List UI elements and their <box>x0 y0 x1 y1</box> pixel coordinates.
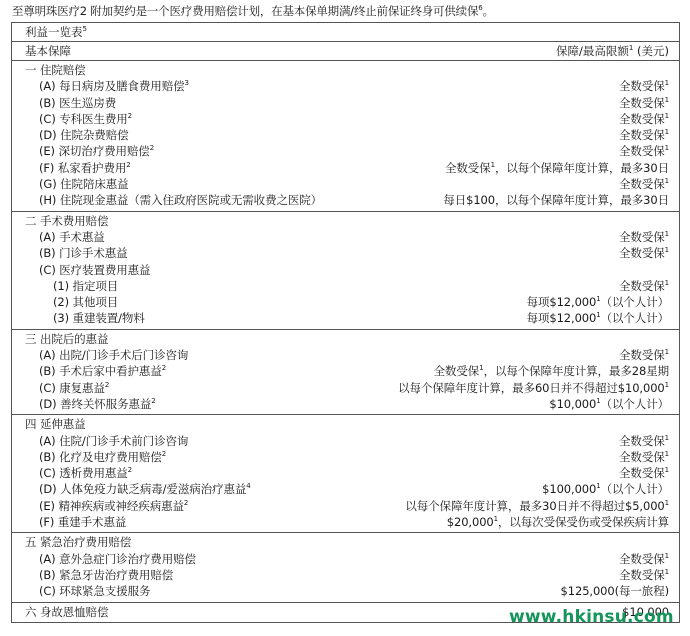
benefit-label: (3) 重建装置/物料 <box>53 310 145 326</box>
benefit-label-text: (D) 住院杂费赔偿 <box>39 128 128 142</box>
benefit-value: 以每个保障年度计算，最多60日并不得超过$10,0001 <box>398 380 669 396</box>
benefit-value-text: 全数受保 <box>619 144 665 158</box>
benefit-label: (E) 深切治疗费用赔偿2 <box>39 143 154 159</box>
benefit-value-text: 全数受保 <box>445 161 491 175</box>
benefit-label-text: (B) 门诊手术惠益 <box>39 246 128 260</box>
section-title: 六 身故恩恤赔偿 <box>25 604 108 620</box>
benefit-label-footnote: 2 <box>162 450 166 458</box>
benefit-label: (E) 精神疾病或神经疾病惠益2 <box>39 498 188 514</box>
header-limit-text: 保障/最高限额 <box>556 44 629 58</box>
benefit-label-text: (A) 每日病房及膳食费用赔偿 <box>39 79 185 93</box>
section-title-row: 二 手术费用赔偿 <box>12 213 679 229</box>
benefit-label-footnote: 2 <box>105 381 109 389</box>
benefit-value-footnote: 1 <box>665 246 669 254</box>
benefit-label: (B) 医生巡房费 <box>39 95 116 111</box>
benefit-label: (1) 指定项目 <box>53 278 118 294</box>
benefit-value-text: 全数受保 <box>619 177 665 191</box>
benefit-value-text: $100,000 <box>542 482 596 496</box>
benefit-value-footnote: 1 <box>665 499 669 507</box>
benefit-label-text: (C) 透析费用惠益 <box>39 466 128 480</box>
benefit-section: 一 住院赔偿(A) 每日病房及膳食费用赔偿3全数受保1(B) 医生巡房费全数受保… <box>12 61 679 212</box>
benefit-label-text: (F) 重建手术惠益 <box>39 515 126 529</box>
benefit-value: 全数受保1 <box>619 567 669 583</box>
benefit-value-footnote: 1 <box>665 568 669 576</box>
benefit-value-text: 全数受保 <box>619 466 665 480</box>
benefit-label: (C) 透析费用惠益2 <box>39 465 132 481</box>
benefit-value-rest: ，以每次受保受伤或受保疾病计算 <box>498 515 669 529</box>
benefit-value: $125,000(每一旅程) <box>561 583 669 599</box>
benefit-value-text: 全数受保 <box>619 230 665 244</box>
intro-text: 至尊明珠医疗2 附加契约是一个医疗费用赔偿计划，在基本保单期满/终止前保证终身可… <box>12 4 478 18</box>
benefit-row: (E) 深切治疗费用赔偿2全数受保1 <box>12 143 679 159</box>
benefit-value-text: 每项$12,000 <box>527 295 597 309</box>
section-title-row: 三 出院后的惠益 <box>12 331 679 347</box>
benefit-label: (F) 私家看护费用2 <box>39 160 131 176</box>
benefit-row: (E) 精神疾病或神经疾病惠益2以每个保障年度计算，最多30日并不得超过$5,0… <box>12 498 679 514</box>
benefit-label-footnote: 4 <box>246 483 250 491</box>
benefit-value-text: 以每个保障年度计算，最多60日并不得超过$10,000 <box>398 381 665 395</box>
benefit-label-footnote: 2 <box>162 365 166 373</box>
benefit-label-text: (F) 私家看护费用 <box>39 161 126 175</box>
benefit-label: (B) 紧急牙齿治疗费用赔偿 <box>39 567 173 583</box>
benefit-value-footnote: 1 <box>665 112 669 120</box>
benefit-value: 全数受保1 <box>619 127 669 143</box>
benefit-value-text: 全数受保 <box>619 246 665 260</box>
benefit-value: 全数受保1 <box>619 111 669 127</box>
benefit-value-text: $20,000 <box>447 515 494 529</box>
benefit-label-footnote: 2 <box>184 499 188 507</box>
benefit-label-text: (A) 手术惠益 <box>39 230 105 244</box>
benefit-value-text: 每日$100，以每个保障年度计算，最多30日 <box>443 193 669 207</box>
benefit-row: (3) 重建装置/物料每项$12,0001（以个人计） <box>12 310 679 326</box>
benefit-label-text: (B) 化疗及电疗费用赔偿 <box>39 450 162 464</box>
benefit-row: (G) 住院陪床惠益全数受保1 <box>12 176 679 192</box>
benefit-label-text: (D) 善终关怀服务惠益 <box>39 397 151 411</box>
benefit-value: 全数受保1 <box>619 78 669 94</box>
benefit-value-footnote: 1 <box>665 230 669 238</box>
benefit-value-text: 全数受保 <box>619 450 665 464</box>
benefit-row: (H) 住院现金惠益（需入住政府医院或无需收费之医院）每日$100，以每个保障年… <box>12 192 679 208</box>
benefit-label-text: (2) 其他项目 <box>53 295 118 309</box>
section-title: 五 紧急治疗费用赔偿 <box>25 534 131 550</box>
benefit-value: 每项$12,0001（以个人计） <box>527 294 669 310</box>
benefit-label-text: (A) 意外急症门诊治疗费用赔偿 <box>39 552 196 566</box>
benefit-value: 全数受保1，以每个保障年度计算，最多28星期 <box>434 363 669 379</box>
benefit-section: 二 手术费用赔偿(A) 手术惠益全数受保1(B) 门诊手术惠益全数受保1(C) … <box>12 212 679 330</box>
benefit-label: (D) 人体免疫力缺乏病毒/爱滋病治疗惠益4 <box>39 481 251 497</box>
benefit-value: 以每个保障年度计算，最多30日并不得超过$5,0001 <box>405 498 669 514</box>
benefit-value-footnote: 1 <box>665 450 669 458</box>
benefit-section: 三 出院后的惠益(A) 出院/门诊手术后门诊咨询全数受保1(B) 手术后家中看护… <box>12 330 679 415</box>
benefit-value-text: 全数受保 <box>619 348 665 362</box>
benefit-value-footnote: 1 <box>665 466 669 474</box>
benefit-row: (D) 人体免疫力缺乏病毒/爱滋病治疗惠益4$100,0001（以个人计） <box>12 481 679 497</box>
benefit-label-footnote: 2 <box>151 397 155 405</box>
intro-end: 。 <box>483 4 494 18</box>
benefit-row: (A) 每日病房及膳食费用赔偿3全数受保1 <box>12 78 679 94</box>
benefit-row: (B) 紧急牙齿治疗费用赔偿全数受保1 <box>12 567 679 583</box>
benefit-value-text: 全数受保 <box>619 434 665 448</box>
benefit-label-footnote: 2 <box>126 161 130 169</box>
benefit-row: (C) 医疗装置费用惠益 <box>12 262 679 278</box>
benefit-label: (B) 门诊手术惠益 <box>39 245 128 261</box>
table-title-text: 利益一览表 <box>25 25 83 39</box>
benefit-label: (2) 其他项目 <box>53 294 118 310</box>
benefit-label: (A) 意外急症门诊治疗费用赔偿 <box>39 551 196 567</box>
benefit-label-text: (3) 重建装置/物料 <box>53 311 145 325</box>
benefit-label: (A) 每日病房及膳食费用赔偿3 <box>39 78 189 94</box>
benefit-value: 全数受保1 <box>619 229 669 245</box>
table-title: 利益一览表5 <box>25 23 87 41</box>
benefit-value: $100,0001（以个人计） <box>542 481 669 497</box>
benefit-row: (D) 住院杂费赔偿全数受保1 <box>12 127 679 143</box>
benefit-row: (A) 手术惠益全数受保1 <box>12 229 679 245</box>
header-limit: 保障/最高限额1 (美元) <box>556 42 669 60</box>
benefit-label-text: (G) 住院陪床惠益 <box>39 177 129 191</box>
benefit-row: (C) 透析费用惠益2全数受保1 <box>12 465 679 481</box>
benefit-row: (B) 化疗及电疗费用赔偿2全数受保1 <box>12 449 679 465</box>
benefit-row: (B) 医生巡房费全数受保1 <box>12 95 679 111</box>
table-header-row: 基本保障 保障/最高限额1 (美元) <box>12 42 679 61</box>
benefit-value: 全数受保1 <box>619 449 669 465</box>
benefit-label-text: (A) 住院/门诊手术前门诊咨询 <box>39 434 188 448</box>
benefit-row: (B) 手术后家中看护惠益2全数受保1，以每个保障年度计算，最多28星期 <box>12 363 679 379</box>
benefit-label-text: (C) 康复惠益 <box>39 381 105 395</box>
benefit-label: (H) 住院现金惠益（需入住政府医院或无需收费之医院） <box>39 192 322 208</box>
benefit-label: (A) 手术惠益 <box>39 229 105 245</box>
benefit-value: 全数受保1 <box>619 347 669 363</box>
benefit-value-footnote: 1 <box>665 96 669 104</box>
benefit-value: 全数受保1，以每个保障年度计算，最多30日 <box>445 160 669 176</box>
benefit-value-rest: （以个人计） <box>601 482 669 496</box>
benefit-label: (C) 专科医生费用2 <box>39 111 132 127</box>
benefit-label-text: (B) 手术后家中看护惠益 <box>39 364 162 378</box>
benefit-value-footnote: 1 <box>665 348 669 356</box>
benefit-value-text: 以每个保障年度计算，最多30日并不得超过$5,000 <box>405 499 664 513</box>
table-title-footnote: 5 <box>83 25 87 33</box>
section-title: 一 住院赔偿 <box>25 62 86 78</box>
benefit-row: (A) 住院/门诊手术前门诊咨询全数受保1 <box>12 433 679 449</box>
benefit-value: 全数受保1 <box>619 551 669 567</box>
benefit-row: (C) 康复惠益2以每个保障年度计算，最多60日并不得超过$10,0001 <box>12 380 679 396</box>
benefit-section: 四 延伸惠益(A) 住院/门诊手术前门诊咨询全数受保1(B) 化疗及电疗费用赔偿… <box>12 415 679 533</box>
benefit-label: (B) 手术后家中看护惠益2 <box>39 363 166 379</box>
benefit-value: $10,0001（以个人计） <box>549 396 669 412</box>
benefit-value-rest: （以个人计） <box>601 311 669 325</box>
benefit-value-text: 全数受保 <box>619 552 665 566</box>
benefit-value-footnote: 1 <box>665 145 669 153</box>
benefit-value-text: $10,000 <box>549 397 596 411</box>
benefit-label-text: (C) 环球紧急支援服务 <box>39 584 150 598</box>
benefit-value-footnote: 1 <box>665 128 669 136</box>
benefit-label: (A) 住院/门诊手术前门诊咨询 <box>39 433 188 449</box>
benefit-value: 全数受保1 <box>619 245 669 261</box>
benefit-value-text: 全数受保 <box>619 279 665 293</box>
benefit-label: (C) 医疗装置费用惠益 <box>39 262 150 278</box>
section-title: 四 延伸惠益 <box>25 416 86 432</box>
benefit-value: 全数受保1 <box>619 465 669 481</box>
benefit-value: 全数受保1 <box>619 176 669 192</box>
benefit-row: (F) 私家看护费用2全数受保1，以每个保障年度计算，最多30日 <box>12 160 679 176</box>
benefit-label-text: (C) 专科医生费用 <box>39 112 128 126</box>
benefit-value-rest: ，以每个保障年度计算，最多28星期 <box>484 364 669 378</box>
benefit-label-footnote: 2 <box>150 145 154 153</box>
benefit-row: (1) 指定项目全数受保1 <box>12 278 679 294</box>
benefit-value-text: 全数受保 <box>619 568 665 582</box>
benefit-label-text: (E) 深切治疗费用赔偿 <box>39 144 150 158</box>
benefit-row: (F) 重建手术惠益$20,0001，以每次受保受伤或受保疾病计算 <box>12 514 679 530</box>
benefit-label: (D) 住院杂费赔偿 <box>39 127 128 143</box>
table-title-row: 利益一览表5 <box>12 23 679 42</box>
benefit-value-rest: ，以每个保障年度计算，最多30日 <box>495 161 669 175</box>
benefit-value: 全数受保1 <box>619 433 669 449</box>
benefit-label-footnote: 3 <box>185 79 189 87</box>
benefit-label-text: (H) 住院现金惠益（需入住政府医院或无需收费之医院） <box>39 193 322 207</box>
benefits-table: 利益一览表5 基本保障 保障/最高限额1 (美元) 一 住院赔偿(A) 每日病房… <box>11 22 680 623</box>
benefit-label: (B) 化疗及电疗费用赔偿2 <box>39 449 166 465</box>
benefit-value-footnote: 1 <box>665 279 669 287</box>
header-basic-coverage: 基本保障 <box>25 42 71 60</box>
benefit-label-text: (E) 精神疾病或神经疾病惠益 <box>39 499 184 513</box>
benefit-label-text: (1) 指定项目 <box>53 279 118 293</box>
benefit-value-rest: （以个人计） <box>601 397 669 411</box>
benefit-row: (A) 意外急症门诊治疗费用赔偿全数受保1 <box>12 551 679 567</box>
benefit-label-footnote: 2 <box>128 112 132 120</box>
benefit-value: 每日$100，以每个保障年度计算，最多30日 <box>443 192 669 208</box>
benefit-value-text: 全数受保 <box>434 364 480 378</box>
section-title-row: 五 紧急治疗费用赔偿 <box>12 534 679 550</box>
header-limit-unit: (美元) <box>633 44 669 58</box>
benefit-value-footnote: 1 <box>665 177 669 185</box>
benefit-value: 全数受保1 <box>619 143 669 159</box>
benefit-label-text: (D) 人体免疫力缺乏病毒/爱滋病治疗惠益 <box>39 482 246 496</box>
benefit-label: (A) 出院/门诊手术后门诊咨询 <box>39 347 188 363</box>
section-title-row: 四 延伸惠益 <box>12 416 679 432</box>
benefit-label: (G) 住院陪床惠益 <box>39 176 129 192</box>
benefit-label: (D) 善终关怀服务惠益2 <box>39 396 156 412</box>
table-sections: 一 住院赔偿(A) 每日病房及膳食费用赔偿3全数受保1(B) 医生巡房费全数受保… <box>12 61 679 623</box>
benefit-label-footnote: 2 <box>128 466 132 474</box>
benefit-value: $20,0001，以每次受保受伤或受保疾病计算 <box>447 514 669 530</box>
intro-paragraph: 至尊明珠医疗2 附加契约是一个医疗费用赔偿计划，在基本保单期满/终止前保证终身可… <box>12 3 494 19</box>
section-title-row: 一 住院赔偿 <box>12 62 679 78</box>
benefit-label-text: (B) 医生巡房费 <box>39 96 116 110</box>
section-title: 二 手术费用赔偿 <box>25 213 108 229</box>
benefit-label: (F) 重建手术惠益 <box>39 514 126 530</box>
benefit-value-text: 全数受保 <box>619 112 665 126</box>
benefit-value-text: 全数受保 <box>619 128 665 142</box>
benefit-value-text: 全数受保 <box>619 96 665 110</box>
benefit-label-text: (A) 出院/门诊手术后门诊咨询 <box>39 348 188 362</box>
section-title: 三 出院后的惠益 <box>25 331 108 347</box>
benefit-row: (2) 其他项目每项$12,0001（以个人计） <box>12 294 679 310</box>
benefit-value-text: 每项$12,000 <box>527 311 597 325</box>
benefit-value-text: 全数受保 <box>619 79 665 93</box>
benefit-section: 五 紧急治疗费用赔偿(A) 意外急症门诊治疗费用赔偿全数受保1(B) 紧急牙齿治… <box>12 533 679 602</box>
benefit-value-text: $125,000(每一旅程) <box>561 584 669 598</box>
watermark: www.hkinsu.com <box>509 607 674 627</box>
benefit-value-footnote: 1 <box>665 434 669 442</box>
benefit-label: (C) 环球紧急支援服务 <box>39 583 150 599</box>
benefit-row: (C) 环球紧急支援服务$125,000(每一旅程) <box>12 583 679 599</box>
benefit-row: (C) 专科医生费用2全数受保1 <box>12 111 679 127</box>
benefit-label-text: (B) 紧急牙齿治疗费用赔偿 <box>39 568 173 582</box>
benefit-value-footnote: 1 <box>665 79 669 87</box>
benefit-value: 每项$12,0001（以个人计） <box>527 310 669 326</box>
benefit-value-rest: （以个人计） <box>601 295 669 309</box>
benefit-value: 全数受保1 <box>619 278 669 294</box>
benefit-value: 全数受保1 <box>619 95 669 111</box>
benefit-row: (B) 门诊手术惠益全数受保1 <box>12 245 679 261</box>
benefit-label-text: (C) 医疗装置费用惠益 <box>39 263 150 277</box>
benefit-row: (D) 善终关怀服务惠益2$10,0001（以个人计） <box>12 396 679 412</box>
benefit-label: (C) 康复惠益2 <box>39 380 109 396</box>
benefit-value-footnote: 1 <box>665 381 669 389</box>
benefit-row: (A) 出院/门诊手术后门诊咨询全数受保1 <box>12 347 679 363</box>
benefit-value-footnote: 1 <box>665 552 669 560</box>
